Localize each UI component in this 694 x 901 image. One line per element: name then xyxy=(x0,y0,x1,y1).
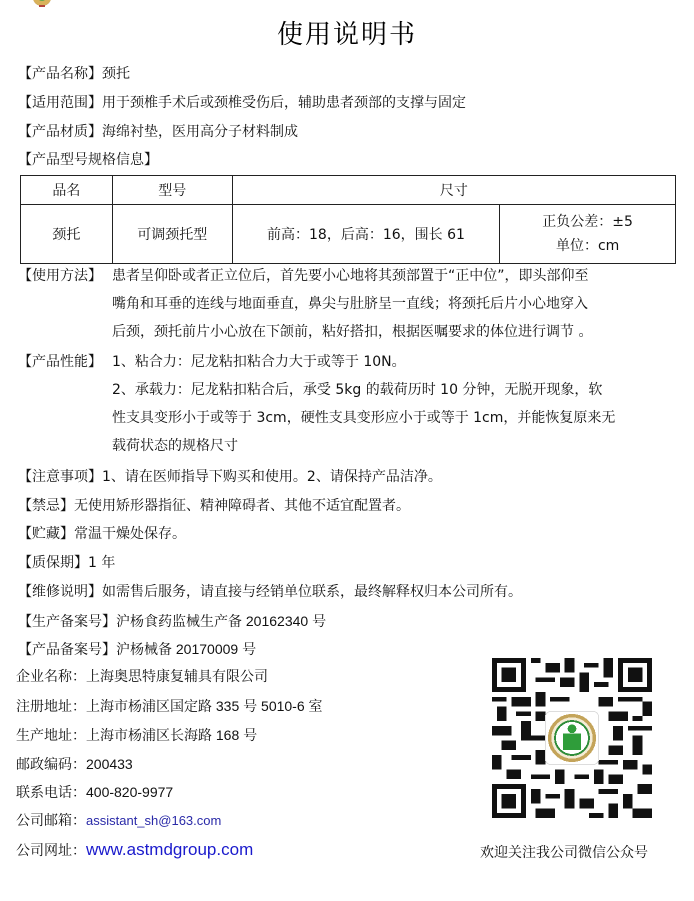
contraindications-row: 【禁忌】无使用矫形器指征、精神障碍者、其他不适宜配置者。 xyxy=(18,496,410,516)
email-label: 公司邮箱： xyxy=(16,813,86,829)
table-row: 颈托 可调颈托型 前高：18，后高：16，围长 61 正负公差：±5 单位：cm xyxy=(21,205,676,264)
repair-label: 【维修说明】 xyxy=(18,584,102,600)
product-record-label: 【产品备案号】 xyxy=(18,642,116,658)
scope-label: 【适用范围】 xyxy=(18,95,102,111)
company-name-label: 企业名称： xyxy=(16,669,86,685)
product-name-value: 颈托 xyxy=(102,66,130,82)
usage-line: 患者呈仰卧或者正立位后，首先要小心地将其颈部置于“正中位”，即头部仰至 xyxy=(112,262,592,290)
performance-line: 性支具变形小于或等于 3cm，硬性支具变形应小于或等于 1cm，并能恢复原来无 xyxy=(112,404,615,432)
email-link[interactable]: assistant_sh@163.com xyxy=(86,813,221,828)
company-name-value: 上海奥思特康复辅具有限公司 xyxy=(86,669,268,685)
product-name-row: 【产品名称】颈托 xyxy=(18,64,130,84)
qr-caption: 欢迎关注我公司微信公众号 xyxy=(480,842,648,862)
notes-value: 1、请在医师指导下购买和使用。2、请保持产品洁净。 xyxy=(102,469,442,485)
website-row: 公司网址：www.astmdgroup.com xyxy=(16,840,253,861)
prod-address-row: 生产地址：上海市杨浦区长海路 168 号 xyxy=(16,725,257,746)
website-link[interactable]: www.astmdgroup.com xyxy=(86,840,253,859)
cell-name: 颈托 xyxy=(21,205,113,264)
page-title: 使用说明书 xyxy=(0,14,694,51)
storage-value: 常温干燥处保存。 xyxy=(74,526,186,542)
performance-line: 2、承载力：尼龙粘扣粘合后，承受 5kg 的载荷历时 10 分钟，无脱开现象，软 xyxy=(112,376,615,404)
usage-text: 患者呈仰卧或者正立位后，首先要小心地将其颈部置于“正中位”，即头部仰至 嘴角和耳… xyxy=(112,262,592,346)
storage-label: 【贮藏】 xyxy=(18,526,74,542)
notes-row: 【注意事项】1、请在医师指导下购买和使用。2、请保持产品洁净。 xyxy=(18,467,442,487)
performance-label: 【产品性能】 xyxy=(18,352,102,372)
scope-value: 用于颈椎手术后或颈椎受伤后，辅助患者颈部的支撑与固定 xyxy=(102,95,466,111)
header-cell-name: 品名 xyxy=(21,176,113,205)
product-record-row: 【产品备案号】沪杨械备 20170009 号 xyxy=(18,639,256,660)
company-name-row: 企业名称：上海奥思特康复辅具有限公司 xyxy=(16,667,268,687)
warranty-row: 【质保期】1 年 xyxy=(18,553,115,573)
cell-model: 可调颈托型 xyxy=(112,205,232,264)
contraindications-value: 无使用矫形器指征、精神障碍者、其他不适宜配置者。 xyxy=(74,498,410,514)
production-record-value: 沪杨食药监械生产备 20162340 号 xyxy=(116,613,326,629)
material-value: 海绵衬垫，医用高分子材料制成 xyxy=(102,124,298,140)
production-record-row: 【生产备案号】沪杨食药监械生产备 20162340 号 xyxy=(18,611,326,632)
cell-size: 前高：18，后高：16，围长 61 xyxy=(232,205,500,264)
product-name-label: 【产品名称】 xyxy=(18,66,102,82)
reg-address-row: 注册地址：上海市杨浦区国定路 335 号 5010-6 室 xyxy=(16,696,323,717)
warranty-label: 【质保期】 xyxy=(18,555,88,571)
table-header-row: 品名 型号 尺寸 xyxy=(21,176,676,205)
usage-line: 后颈，颈托前片小心放在下颌前，粘好搭扣，根据医嘱要求的体位进行调节 。 xyxy=(112,318,592,346)
material-row: 【产品材质】海绵衬垫，医用高分子材料制成 xyxy=(18,122,298,142)
phone-label: 联系电话： xyxy=(16,785,86,801)
spec-table: 品名 型号 尺寸 颈托 可调颈托型 前高：18，后高：16，围长 61 正负公差… xyxy=(20,175,676,264)
material-label: 【产品材质】 xyxy=(18,124,102,140)
header-cell-size: 尺寸 xyxy=(232,176,675,205)
header-cell-model: 型号 xyxy=(112,176,232,205)
phone-value: 400-820-9977 xyxy=(86,784,173,800)
performance-line: 载荷状态的规格尺寸 xyxy=(112,432,615,460)
email-row: 公司邮箱：assistant_sh@163.com xyxy=(16,811,221,831)
postcode-label: 邮政编码： xyxy=(16,757,86,773)
tolerance-text: 正负公差：±5 xyxy=(500,210,675,234)
storage-row: 【贮藏】常温干燥处保存。 xyxy=(18,524,186,544)
notes-label: 【注意事项】 xyxy=(18,469,102,485)
scope-row: 【适用范围】用于颈椎手术后或颈椎受伤后，辅助患者颈部的支撑与固定 xyxy=(18,93,466,113)
performance-line: 1、粘合力：尼龙粘扣粘合力大于或等于 10N。 xyxy=(112,348,615,376)
repair-row: 【维修说明】如需售后服务，请直接与经销单位联系，最终解释权归本公司所有。 xyxy=(18,582,522,602)
website-label: 公司网址： xyxy=(16,843,86,859)
postcode-value: 200433 xyxy=(86,756,133,772)
spec-heading-label: 【产品型号规格信息】 xyxy=(18,152,158,168)
production-record-label: 【生产备案号】 xyxy=(18,614,116,630)
spec-heading: 【产品型号规格信息】 xyxy=(18,150,158,170)
wechat-qr-code-icon xyxy=(492,658,652,818)
postcode-row: 邮政编码：200433 xyxy=(16,754,133,775)
reg-address-value: 上海市杨浦区国定路 335 号 5010-6 室 xyxy=(86,698,323,714)
reg-address-label: 注册地址： xyxy=(16,699,86,715)
product-record-value: 沪杨械备 20170009 号 xyxy=(116,641,256,657)
unit-text: 单位：cm xyxy=(500,234,675,258)
phone-row: 联系电话：400-820-9977 xyxy=(16,782,173,803)
prod-address-value: 上海市杨浦区长海路 168 号 xyxy=(86,727,257,743)
repair-value: 如需售后服务，请直接与经销单位联系，最终解释权归本公司所有。 xyxy=(102,584,522,600)
contraindications-label: 【禁忌】 xyxy=(18,498,74,514)
usage-line: 嘴角和耳垂的连线与地面垂直，鼻尖与肚脐呈一直线；将颈托后片小心地穿入 xyxy=(112,290,592,318)
performance-text: 1、粘合力：尼龙粘扣粘合力大于或等于 10N。 2、承载力：尼龙粘扣粘合后，承受… xyxy=(112,348,615,460)
warranty-value: 1 年 xyxy=(88,555,115,571)
cell-tolerance: 正负公差：±5 单位：cm xyxy=(500,205,676,264)
company-logo-icon xyxy=(33,0,51,6)
prod-address-label: 生产地址： xyxy=(16,728,86,744)
usage-label: 【使用方法】 xyxy=(18,266,102,286)
